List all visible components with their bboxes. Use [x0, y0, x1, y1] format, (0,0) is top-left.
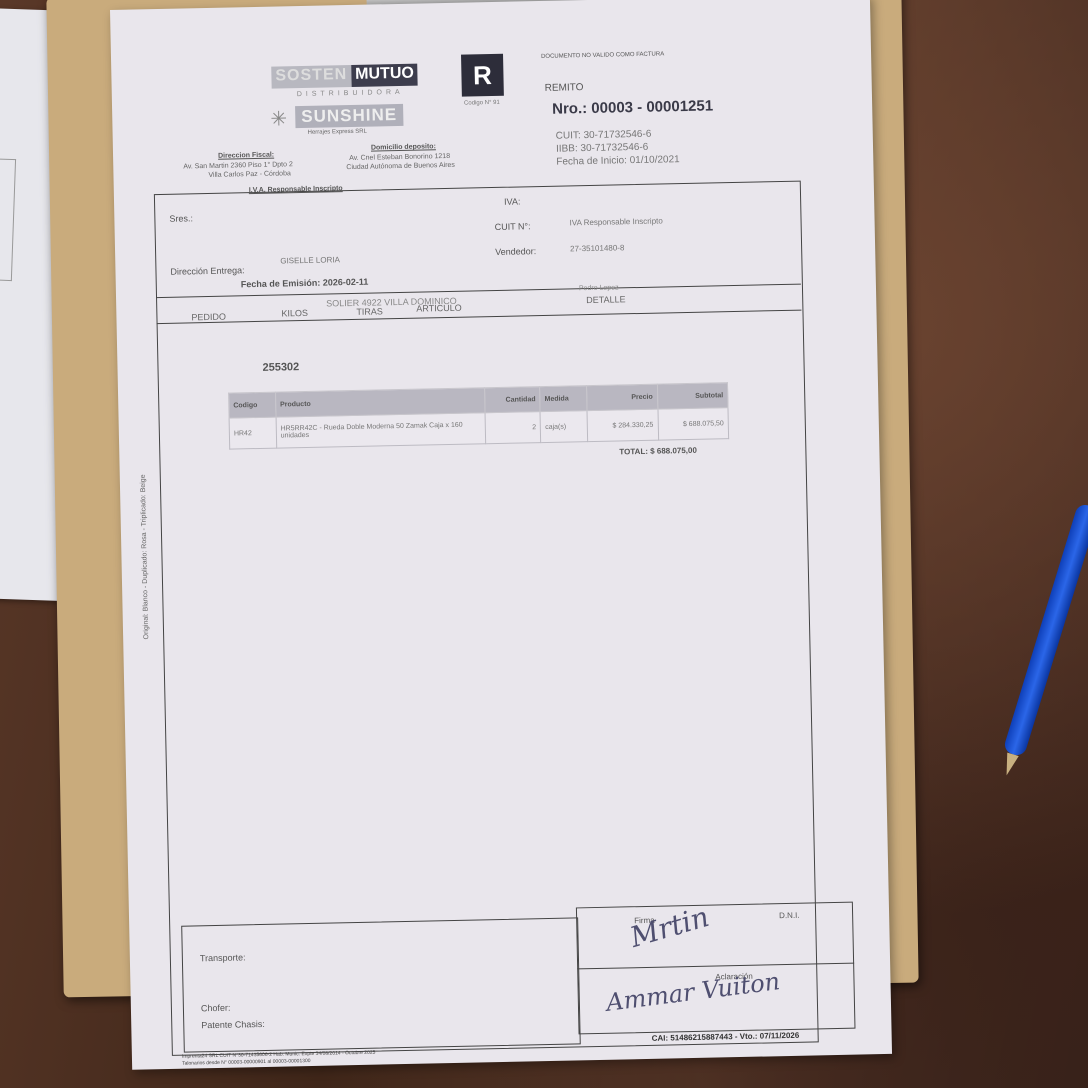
- logo-part1: SOSTEN: [271, 65, 351, 89]
- transporte-label: Transporte:: [200, 952, 246, 963]
- deposito-title: Domicilio deposito:: [371, 143, 436, 151]
- document-type: REMITO: [545, 82, 584, 94]
- patente-label: Patente Chasis:: [201, 1019, 265, 1030]
- header-subtotal: Subtotal: [657, 383, 728, 409]
- iva-label: IVA:: [504, 196, 521, 206]
- copy-color-note: Original: Blanco - Duplicado: Rosa - Tri…: [140, 474, 150, 639]
- direccion-fiscal-line1: Av. San Martin 2360 Piso 1° Dpto 2: [183, 161, 293, 170]
- column-articulo: ARTICULO: [416, 303, 462, 314]
- seller-note: Pedro Lopez: [579, 284, 619, 292]
- direccion-value: GISELLE LORIA: [280, 255, 340, 265]
- fecha-inicio: Fecha de Inicio: 01/10/2021: [556, 154, 680, 168]
- vendedor-value: 27-35101480-8: [570, 243, 624, 253]
- company-cuit: CUIT: 30-71732546-6: [556, 129, 652, 142]
- remito-document: SOSTEN MUTUO DISTRIBUIDORA ✳ SUNSHINE He…: [110, 0, 892, 1070]
- order-total: TOTAL: $ 688.075,00: [619, 446, 697, 457]
- column-tiras: TIRAS: [356, 306, 383, 317]
- direccion-fiscal-line2: Villa Carlos Paz - Córdoba: [208, 170, 290, 179]
- cell-cantidad: 2: [485, 412, 541, 444]
- transport-box: [181, 917, 581, 1052]
- header-precio: Precio: [587, 384, 658, 410]
- header-codigo: Codigo: [229, 392, 276, 418]
- vendedor-label: Vendedor:: [495, 246, 536, 257]
- logo-subtitle: DISTRIBUIDORA: [297, 89, 404, 98]
- dni-label: D.N.I.: [779, 911, 800, 920]
- pen: [1002, 502, 1088, 757]
- column-kilos: KILOS: [281, 308, 308, 319]
- cell-producto: HR5RR42C - Rueda Doble Moderna 50 Zamak …: [276, 413, 486, 448]
- cell-subtotal: $ 688.075,50: [657, 408, 728, 440]
- company-iibb: IIBB: 30-71732546-6: [556, 142, 649, 155]
- sres-label: Sres.:: [169, 213, 193, 223]
- direccion-label: Dirección Entrega:: [170, 265, 244, 277]
- logo-part2: MUTUO: [351, 64, 418, 87]
- direccion-fiscal-title: Direccion Fiscal:: [218, 152, 274, 160]
- deposito-line1: Av. Cnel Esteban Bonorino 1218: [349, 153, 450, 162]
- chofer-label: Chofer:: [201, 1003, 231, 1014]
- logo-sunshine: SUNSHINE: [295, 104, 403, 128]
- sun-icon: ✳: [270, 106, 287, 131]
- product-table: Codigo Producto Cantidad Medida Precio S…: [228, 382, 729, 449]
- logo-brand-sub: Herrajes Express SRL: [308, 129, 367, 136]
- cell-precio: $ 284.330,25: [587, 409, 658, 441]
- not-valid-notice: DOCUMENTO NO VALIDO COMO FACTURA: [541, 51, 664, 60]
- header-medida: Medida: [540, 386, 587, 412]
- column-pedido: PEDIDO: [191, 312, 226, 323]
- order-number: 255302: [262, 361, 299, 374]
- document-letter: R: [461, 54, 504, 97]
- cell-codigo: HR42: [229, 417, 276, 449]
- column-detalle: DETALLE: [586, 294, 626, 305]
- deposito-line2: Ciudad Autónoma de Buenos Aires: [346, 162, 455, 171]
- cell-medida: caja(s): [540, 411, 587, 443]
- header-cantidad: Cantidad: [485, 387, 541, 413]
- cuit-label: CUIT N°:: [495, 221, 531, 232]
- document-number: Nro.: 00003 - 00001251: [552, 97, 713, 117]
- document-code: Codigo N° 91: [464, 100, 500, 107]
- logo-mutuo: SOSTEN MUTUO: [271, 64, 411, 89]
- imprenta-line2: Talonarios desde N° 00003-00000901 al 00…: [182, 1058, 311, 1067]
